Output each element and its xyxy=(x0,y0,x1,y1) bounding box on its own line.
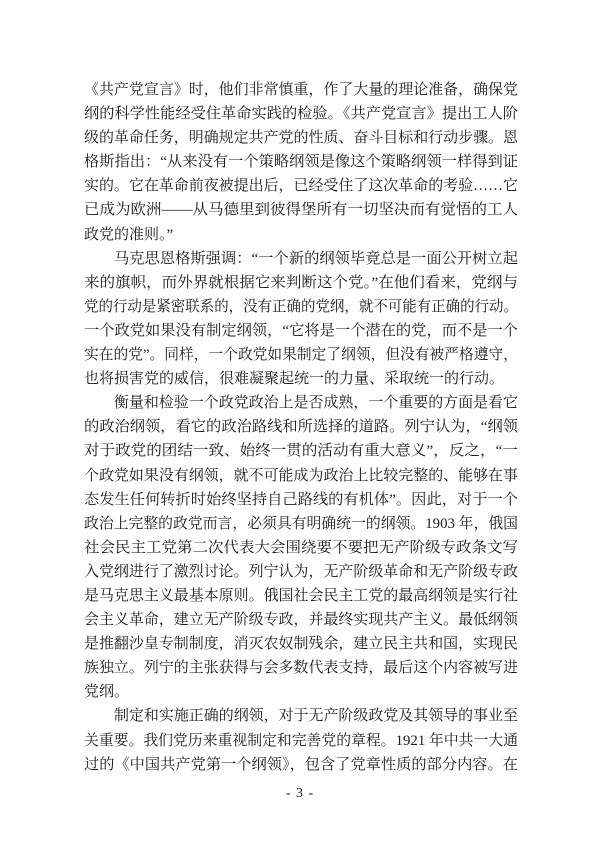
text-line: 格斯指出：“从来没有一个策略纲领是像这个策略纲领一样得到证 xyxy=(84,150,518,174)
text-line: 会主义革命，建立无产阶级专政，并最终实现共产主义。最低纲领 xyxy=(84,608,518,632)
text-line-content: 衡量和检验一个政党政治上是否成熟，一个重要的方面是看它 xyxy=(114,391,518,415)
text-line: 级的革命任务，明确规定共产党的性质、奋斗目标和行动步骤。恩 xyxy=(84,126,518,150)
text-line: 也将损害党的威信，很难凝聚起统一的力量、采取统一的行动。 xyxy=(84,367,518,391)
text-line-content: 态发生任何转折时始终坚持自己路线的有机体”。因此，对于一个 xyxy=(84,488,518,512)
text-line-content: 政治上完整的政党而言，必须具有明确统一的纲领。1903 年，俄国 xyxy=(84,512,518,536)
text-line: 入党纲进行了激烈讨论。列宁认为，无产阶级革命和无产阶级专政 xyxy=(84,560,518,584)
text-line: 党的行动是紧密联系的，没有正确的党纲，就不可能有正确的行动。 xyxy=(84,295,518,319)
text-line: 族独立。列宁的主张获得与会多数代表支持，最后这个内容被写进 xyxy=(84,656,518,680)
text-line: 的政治纲领，看它的政治路线和所选择的道路。列宁认为，“纲领 xyxy=(84,415,518,439)
text-line-content: 格斯指出：“从来没有一个策略纲领是像这个策略纲领一样得到证 xyxy=(84,150,518,174)
text-line-content: 的政治纲领，看它的政治路线和所选择的道路。列宁认为，“纲领 xyxy=(84,415,518,439)
text-line-content: 是推翻沙皇专制制度，消灭农奴制残余，建立民主共和国，实现民 xyxy=(84,632,518,656)
text-line: 衡量和检验一个政党政治上是否成熟，一个重要的方面是看它 xyxy=(84,391,518,415)
text-line-content: 入党纲进行了激烈讨论。列宁认为，无产阶级革命和无产阶级专政 xyxy=(84,560,518,584)
text-line: 社会民主工党第二次代表大会围绕要不要把无产阶级专政条文写 xyxy=(84,536,518,560)
text-line: 实在的党”。同样，一个政党如果制定了纲领，但没有被严格遵守， xyxy=(84,343,518,367)
text-line-content: 纲的科学性能经受住革命实践的检验。《共产党宣言》提出工人阶 xyxy=(84,102,518,126)
text-line-content: 是马克思主义最基本原则。俄国社会民主工党的最高纲领是实行社 xyxy=(84,584,518,608)
text-line-content: 关重要。我们党历来重视制定和完善党的章程。1921 年中共一大通 xyxy=(84,729,518,753)
text-line-content: 党的行动是紧密联系的，没有正确的党纲，就不可能有正确的行动。 xyxy=(84,295,518,319)
text-line: 已成为欧洲——从马德里到彼得堡所有一切坚决而有觉悟的工人 xyxy=(84,198,518,222)
text-line-content: 也将损害党的威信，很难凝聚起统一的力量、采取统一的行动。 xyxy=(84,367,504,391)
text-line-content: 《共产党宣言》时，他们非常慎重，作了大量的理论准备，确保党 xyxy=(84,78,518,102)
text-line-content: 过的《中国共产党第一个纲领》，包含了党章性质的部分内容。在 xyxy=(84,753,518,777)
text-line: 来的旗帜，而外界就根据它来判断这个党。”在他们看来，党纲与 xyxy=(84,271,518,295)
text-line: 实的。它在革命前夜被提出后，已经受住了这次革命的考验……它 xyxy=(84,174,518,198)
text-line: 过的《中国共产党第一个纲领》，包含了党章性质的部分内容。在 xyxy=(84,753,518,777)
text-line: 对于政党的团结一致、始终一贯的活动有重大意义”，反之，“一 xyxy=(84,439,518,463)
text-line: 个政党如果没有纲领，就不可能成为政治上比较完整的、能够在事 xyxy=(84,464,518,488)
text-line-content: 个政党如果没有纲领，就不可能成为政治上比较完整的、能够在事 xyxy=(84,464,518,488)
text-line: 是推翻沙皇专制制度，消灭农奴制残余，建立民主共和国，实现民 xyxy=(84,632,518,656)
text-line-content: 实的。它在革命前夜被提出后，已经受住了这次革命的考验……它 xyxy=(84,174,518,198)
text-line: 一个政党如果没有制定纲领，“它将是一个潜在的党，而不是一个 xyxy=(84,319,518,343)
text-line-content: 党纲。 xyxy=(84,680,129,704)
text-line-content: 政党的准则。” xyxy=(84,223,173,247)
text-line-content: 来的旗帜，而外界就根据它来判断这个党。”在他们看来，党纲与 xyxy=(84,271,518,295)
text-line: 政党的准则。” xyxy=(84,223,518,247)
text-line-content: 实在的党”。同样，一个政党如果制定了纲领，但没有被严格遵守， xyxy=(84,343,518,367)
document-page: 《共产党宣言》时，他们非常慎重，作了大量的理论准备，确保党纲的科学性能经受住革命… xyxy=(0,0,600,849)
text-line-content: 对于政党的团结一致、始终一贯的活动有重大意义”，反之，“一 xyxy=(84,439,518,463)
text-line: 态发生任何转折时始终坚持自己路线的有机体”。因此，对于一个 xyxy=(84,488,518,512)
text-line-content: 制定和实施正确的纲领，对于无产阶级政党及其领导的事业至 xyxy=(114,704,518,728)
text-line-content: 会主义革命，建立无产阶级专政，并最终实现共产主义。最低纲领 xyxy=(84,608,518,632)
text-line: 关重要。我们党历来重视制定和完善党的章程。1921 年中共一大通 xyxy=(84,729,518,753)
text-line-content: 族独立。列宁的主张获得与会多数代表支持，最后这个内容被写进 xyxy=(84,656,518,680)
text-line: 《共产党宣言》时，他们非常慎重，作了大量的理论准备，确保党 xyxy=(84,78,518,102)
text-line: 制定和实施正确的纲领，对于无产阶级政党及其领导的事业至 xyxy=(84,704,518,728)
text-line-content: 已成为欧洲——从马德里到彼得堡所有一切坚决而有觉悟的工人 xyxy=(84,198,518,222)
text-line-content: 马克思恩格斯强调：“一个新的纲领毕竟总是一面公开树立起 xyxy=(114,247,518,271)
body-text: 《共产党宣言》时，他们非常慎重，作了大量的理论准备，确保党纲的科学性能经受住革命… xyxy=(84,78,518,777)
text-line: 政治上完整的政党而言，必须具有明确统一的纲领。1903 年，俄国 xyxy=(84,512,518,536)
text-line: 马克思恩格斯强调：“一个新的纲领毕竟总是一面公开树立起 xyxy=(84,247,518,271)
text-line: 纲的科学性能经受住革命实践的检验。《共产党宣言》提出工人阶 xyxy=(84,102,518,126)
text-line-content: 级的革命任务，明确规定共产党的性质、奋斗目标和行动步骤。恩 xyxy=(84,126,518,150)
text-line-content: 一个政党如果没有制定纲领，“它将是一个潜在的党，而不是一个 xyxy=(84,319,518,343)
page-number: - 3 - xyxy=(0,786,600,802)
text-line: 是马克思主义最基本原则。俄国社会民主工党的最高纲领是实行社 xyxy=(84,584,518,608)
text-line-content: 社会民主工党第二次代表大会围绕要不要把无产阶级专政条文写 xyxy=(84,536,518,560)
text-line: 党纲。 xyxy=(84,680,518,704)
